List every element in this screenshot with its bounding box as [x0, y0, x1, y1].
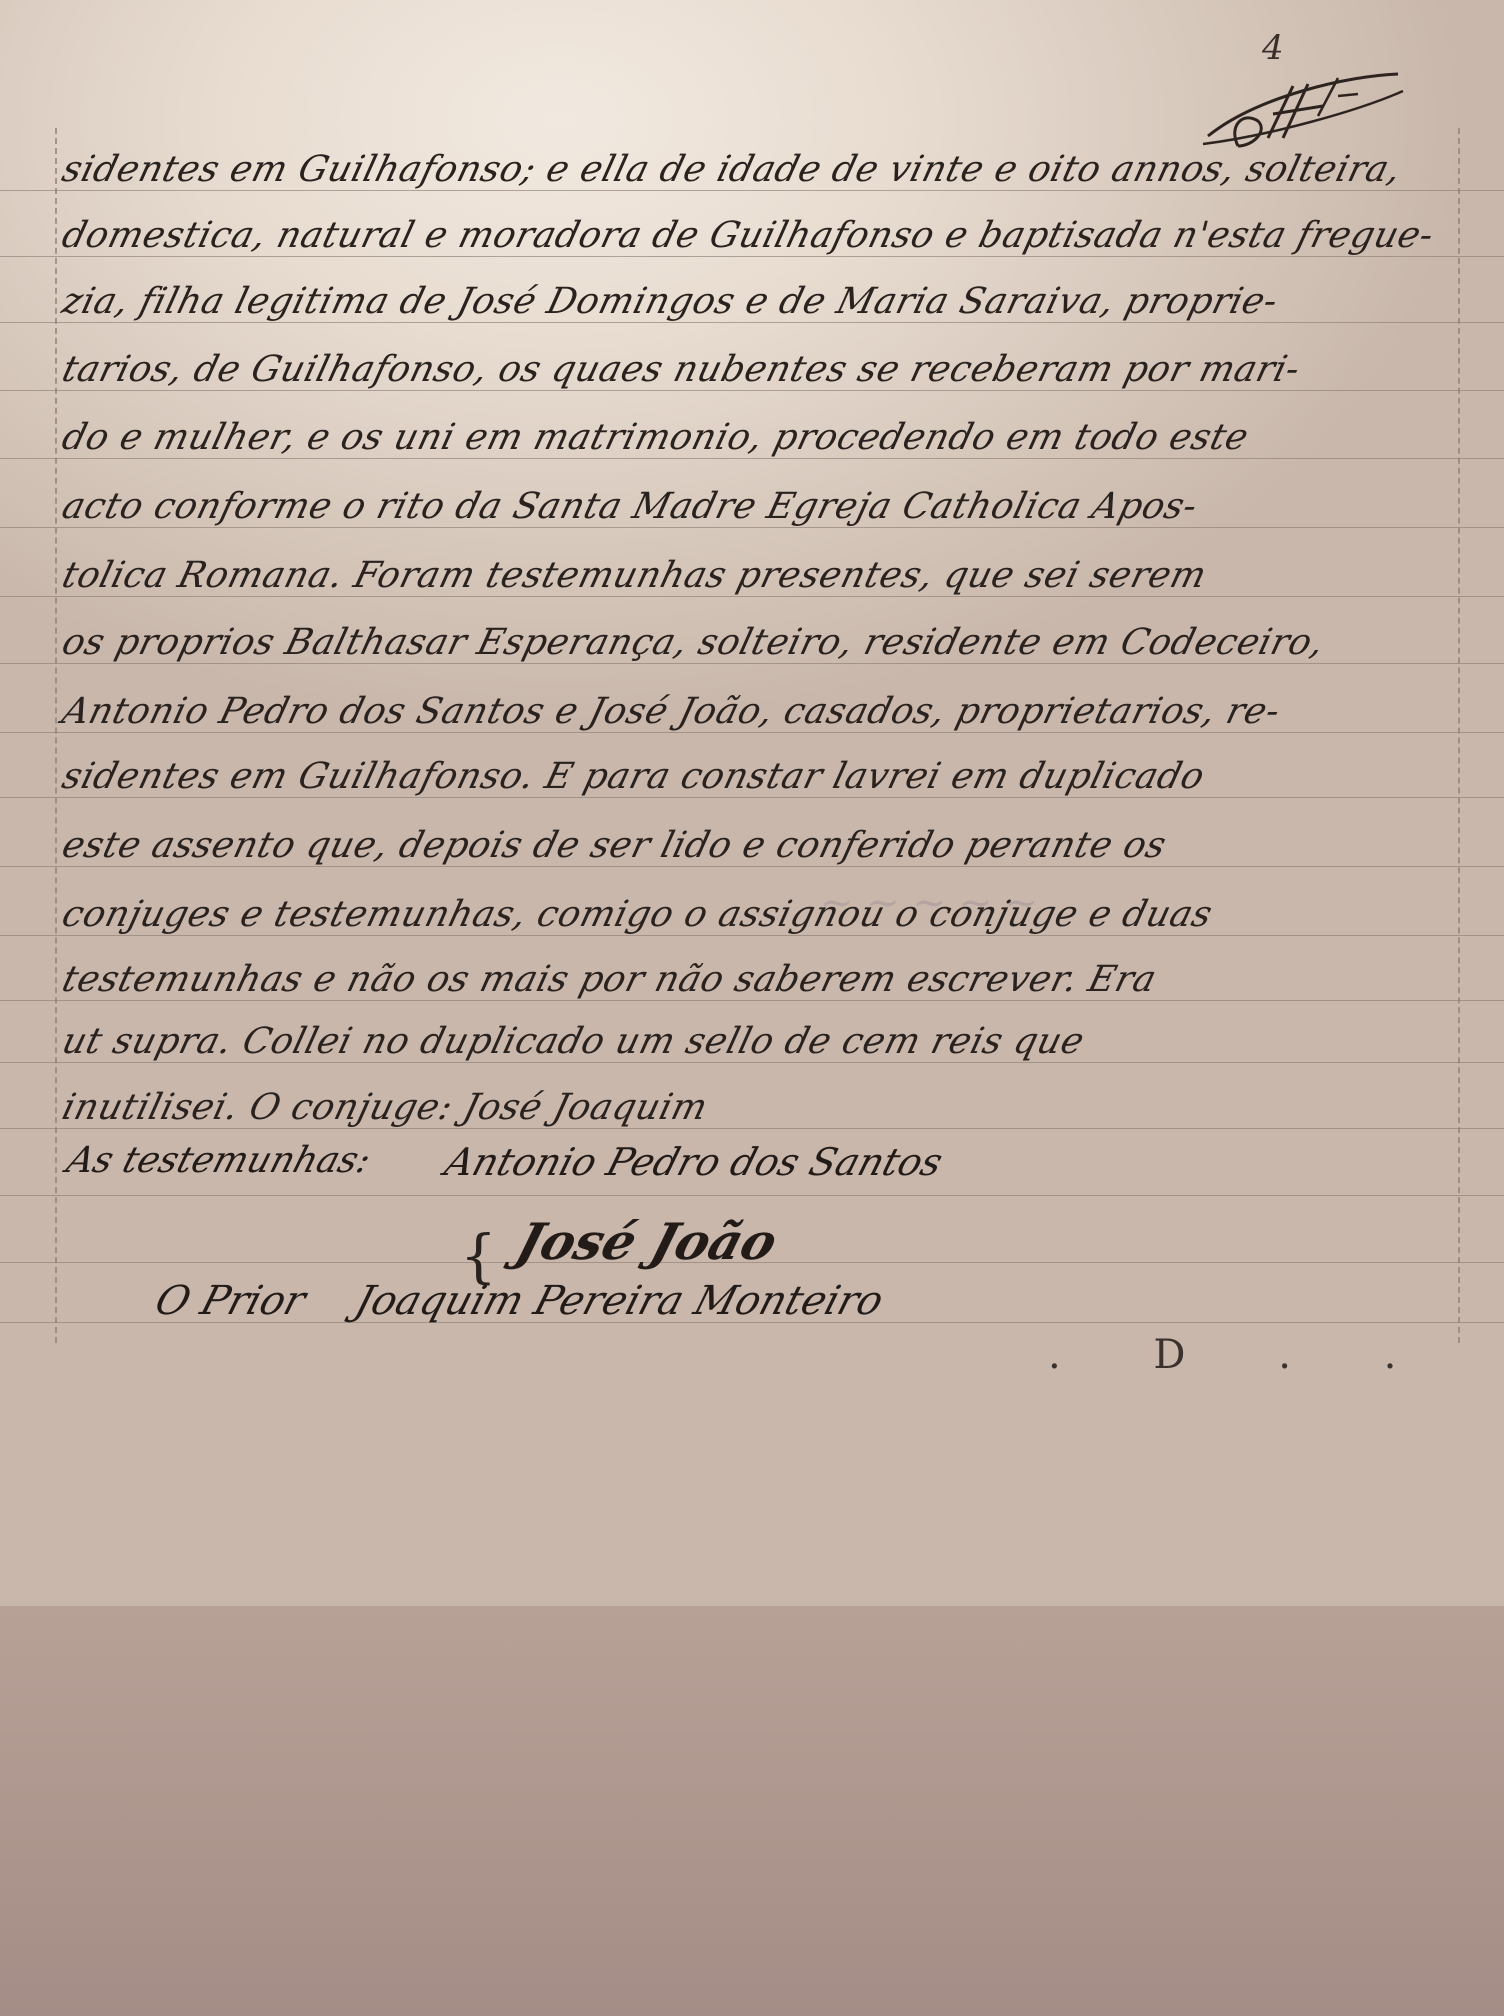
- text-line-12: conjuges e testemunhas, comigo o assigno…: [58, 875, 1473, 935]
- ruled-line: [0, 797, 1504, 798]
- text-line-6: acto conforme o rito da Santa Madre Egre…: [58, 467, 1473, 527]
- ruled-line: [0, 256, 1504, 257]
- page-number: 4: [1262, 28, 1284, 68]
- ruled-line: [0, 732, 1504, 733]
- text-line-13: testemunhas e não os mais por não sabere…: [58, 940, 1473, 1000]
- text-line-4: tarios, de Guilhafonso, os quaes nubente…: [58, 330, 1473, 390]
- trailing-marks: . D . .: [1048, 1332, 1436, 1378]
- ruled-line: [0, 1062, 1504, 1063]
- text-line-10: sidentes em Guilhafonso. E para constar …: [58, 737, 1473, 797]
- text-line-3: zia, filha legitima de José Domingos e d…: [58, 262, 1473, 322]
- ruled-line: [0, 322, 1504, 323]
- underlying-blank-sheet: [0, 1604, 1504, 2016]
- text-line-8: os proprios Balthasar Esperança, solteir…: [58, 603, 1473, 663]
- text-line-11: este assento que, depois de ser lido e c…: [58, 806, 1473, 866]
- text-line-7: tolica Romana. Foram testemunhas present…: [58, 536, 1473, 596]
- ruled-line: [0, 866, 1504, 867]
- prior-label: O Prior: [150, 1278, 311, 1324]
- ruled-line: [0, 390, 1504, 391]
- text-line-1: sidentes em Guilhafonso; e ella de idade…: [58, 130, 1473, 190]
- ruled-line: [0, 1195, 1504, 1196]
- ruled-line: [0, 1128, 1504, 1129]
- ruled-line: [0, 1000, 1504, 1001]
- left-margin-line: [55, 128, 57, 1343]
- ruled-line: [0, 190, 1504, 191]
- ruled-line: [0, 458, 1504, 459]
- text-line-14: ut supra. Collei no duplicado um sello d…: [58, 1002, 1473, 1062]
- ruled-line: [0, 935, 1504, 936]
- text-line-2: domestica, natural e moradora de Guilhaf…: [58, 196, 1473, 256]
- text-line-9: Antonio Pedro dos Santos e José João, ca…: [58, 672, 1473, 732]
- text-line-5: do e mulher, e os uni em matrimonio, pro…: [58, 398, 1473, 458]
- ruled-line: [0, 596, 1504, 597]
- register-page: 4 ~ ~ ~ ~ ~ sidentes em Guilhafonso; e e…: [0, 0, 1504, 2016]
- ruled-line: [0, 663, 1504, 664]
- prior-signature: Joaquim Pereira Monteiro: [350, 1278, 889, 1324]
- text-line-15: inutilisei. O conjuge: José Joaquim: [58, 1068, 1473, 1128]
- witnesses-label: As testemunhas:: [62, 1140, 375, 1181]
- ruled-line: [0, 527, 1504, 528]
- witness-2-signature: José João: [510, 1212, 784, 1271]
- witness-1-signature: Antonio Pedro dos Santos: [440, 1140, 948, 1184]
